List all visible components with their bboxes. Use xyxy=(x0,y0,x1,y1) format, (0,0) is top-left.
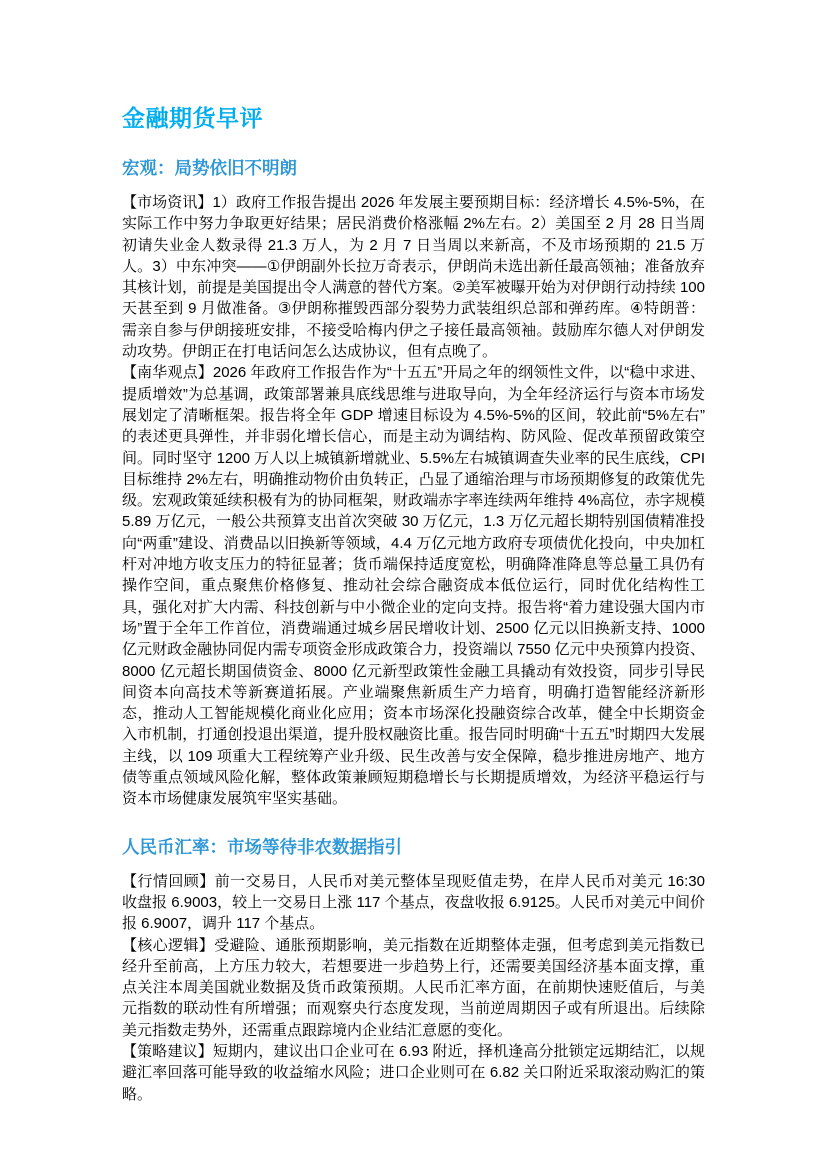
paragraph-core-logic: 【核心逻辑】受避险、通胀预期影响，美元指数在近期整体走强，但考虑到美元指数已经升… xyxy=(122,935,705,1041)
section-heading-macro: 宏观：局势依旧不明朗 xyxy=(122,156,705,180)
document-content: 金融期货早评 宏观：局势依旧不明朗 【市场资讯】1）政府工作报告提出 2026 … xyxy=(122,0,705,1105)
paragraph-market-review: 【行情回顾】前一交易日，人民币对美元整体呈现贬值走势，在岸人民币对美元 16:3… xyxy=(122,871,705,935)
document-title: 金融期货早评 xyxy=(122,103,705,134)
section-macro: 宏观：局势依旧不明朗 【市场资讯】1）政府工作报告提出 2026 年发展主要预期… xyxy=(122,156,705,810)
paragraph-nanhua-view: 【南华观点】2026 年政府工作报告作为“十五五”开局之年的纲领性文件，以“稳中… xyxy=(122,362,705,809)
document-page: 金融期货早评 宏观：局势依旧不明朗 【市场资讯】1）政府工作报告提出 2026 … xyxy=(0,0,826,1169)
paragraph-strategy-advice: 【策略建议】短期内，建议出口企业可在 6.93 附近，择机逢高分批锁定远期结汇，… xyxy=(122,1041,705,1105)
paragraph-market-news: 【市场资讯】1）政府工作报告提出 2026 年发展主要预期目标：经济增长 4.5… xyxy=(122,192,705,362)
section-rmb-exchange-rate: 人民币汇率：市场等待非农数据指引 【行情回顾】前一交易日，人民币对美元整体呈现贬… xyxy=(122,835,705,1105)
section-heading-rmb: 人民币汇率：市场等待非农数据指引 xyxy=(122,835,705,859)
